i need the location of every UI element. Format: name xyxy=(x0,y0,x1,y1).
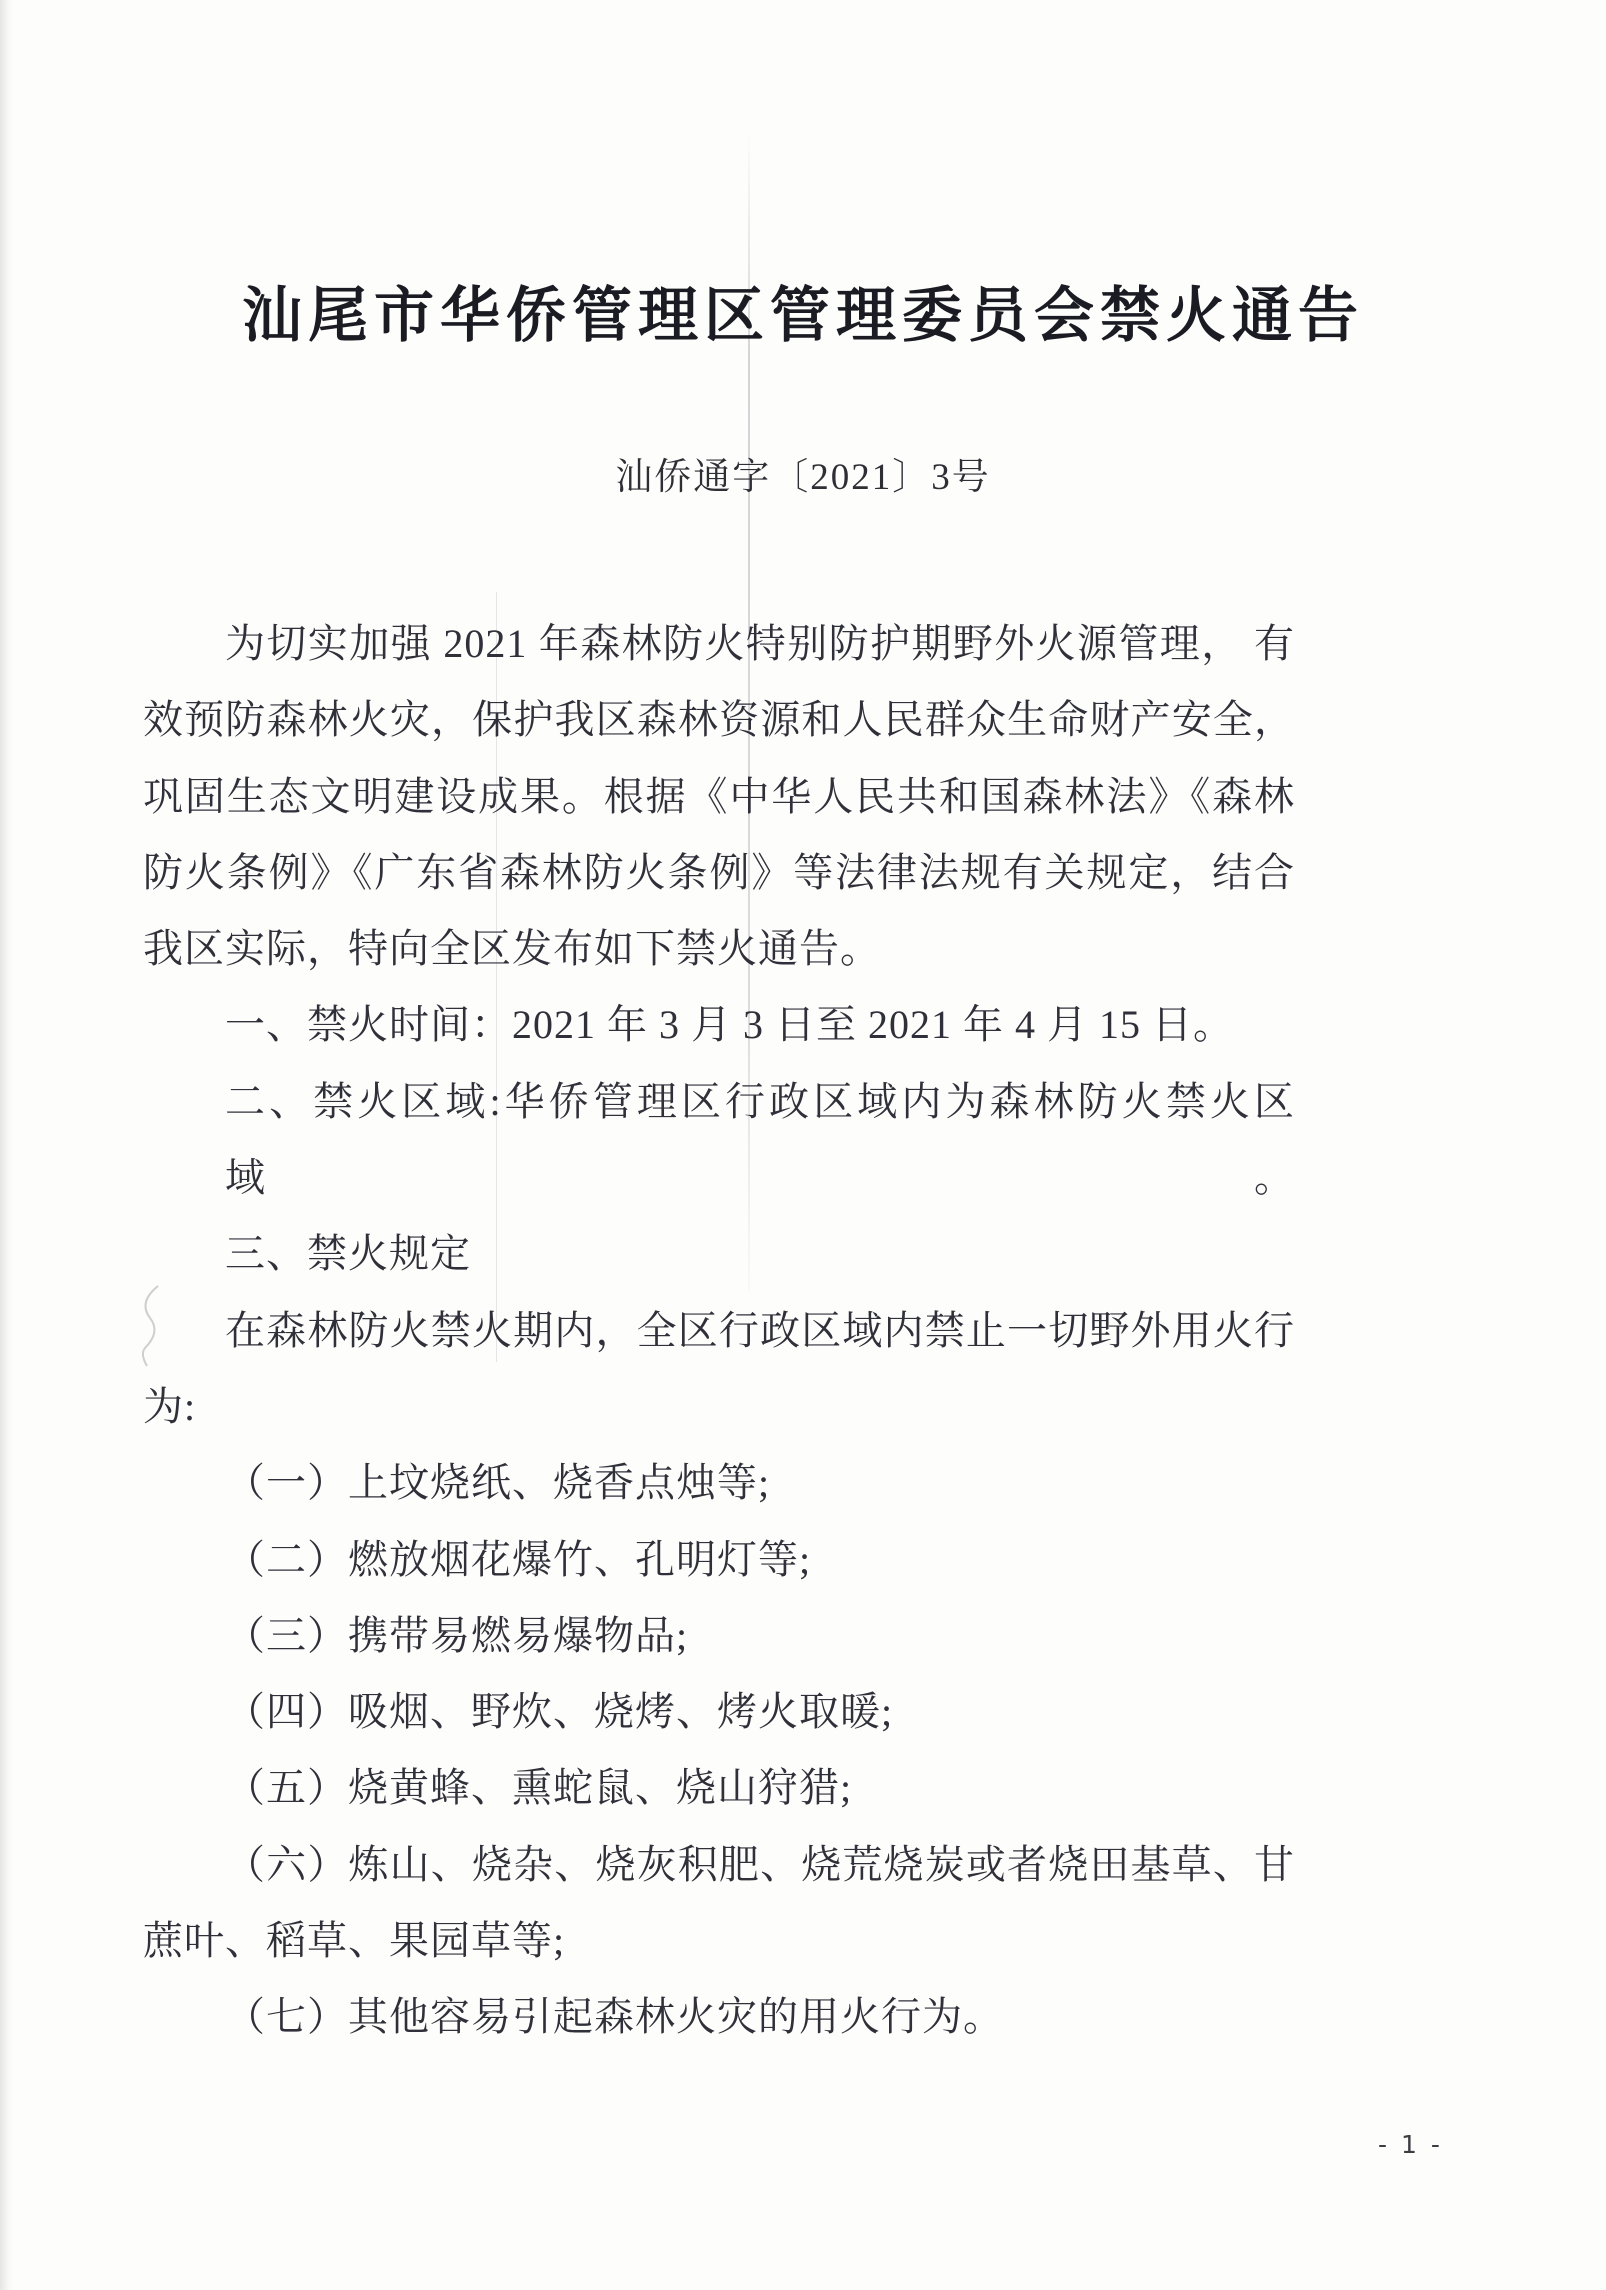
body-line: （三）携带易燃易爆物品; xyxy=(143,1598,1295,1674)
body-line: （二）燃放烟花爆竹、孔明灯等; xyxy=(143,1522,1295,1598)
body-line: 一、禁火时间：2021 年 3 月 3 日至 2021 年 4 月 15 日。 xyxy=(143,987,1295,1063)
body-line: 二、禁火区域:华侨管理区行政区域内为森林防火禁火区域。 xyxy=(143,1064,1295,1217)
body-line: （七）其他容易引起森林火灾的用火行为。 xyxy=(143,1979,1295,2055)
document-number: 汕侨通字〔2021〕3号 xyxy=(0,446,1606,500)
body-line: （五）烧黄蜂、熏蛇鼠、烧山狩猎; xyxy=(143,1750,1295,1826)
body-line: 巩固生态文明建设成果。根据《中华人民共和国森林法》《森林 xyxy=(143,759,1295,835)
body-line: 为切实加强 2021 年森林防火特别防护期野外火源管理， 有 xyxy=(143,606,1295,682)
body-line: （四）吸烟、野炊、烧烤、烤火取暖; xyxy=(143,1674,1295,1750)
document-title: 汕尾市华侨管理区管理委员会禁火通告 xyxy=(0,268,1606,354)
body-line: 三、禁火规定 xyxy=(143,1216,1295,1292)
body-line: 我区实际，特向全区发布如下禁火通告。 xyxy=(143,911,1295,987)
scanned-notice-page: { "document": { "title": "汕尾市华侨管理区管理委员会禁… xyxy=(0,0,1606,2290)
page-number: - 1 - xyxy=(1378,2130,1443,2159)
body-line: 为: xyxy=(143,1369,1295,1445)
body-line: 蔗叶、稻草、果园草等; xyxy=(143,1903,1295,1979)
body-line: 效预防森林火灾，保护我区森林资源和人民群众生命财产安全， xyxy=(143,682,1295,758)
body-line: （六）炼山、烧杂、烧灰积肥、烧荒烧炭或者烧田基草、甘 xyxy=(143,1827,1295,1903)
body-line: 防火条例》《广东省森林防火条例》等法律法规有关规定，结合 xyxy=(143,835,1295,911)
document-body: 为切实加强 2021 年森林防火特别防护期野外火源管理， 有效预防森林火灾，保护… xyxy=(143,606,1295,2056)
body-line: （一）上坟烧纸、烧香点烛等; xyxy=(143,1445,1295,1521)
body-line: 在森林防火禁火期内，全区行政区域内禁止一切野外用火行 xyxy=(143,1293,1295,1369)
